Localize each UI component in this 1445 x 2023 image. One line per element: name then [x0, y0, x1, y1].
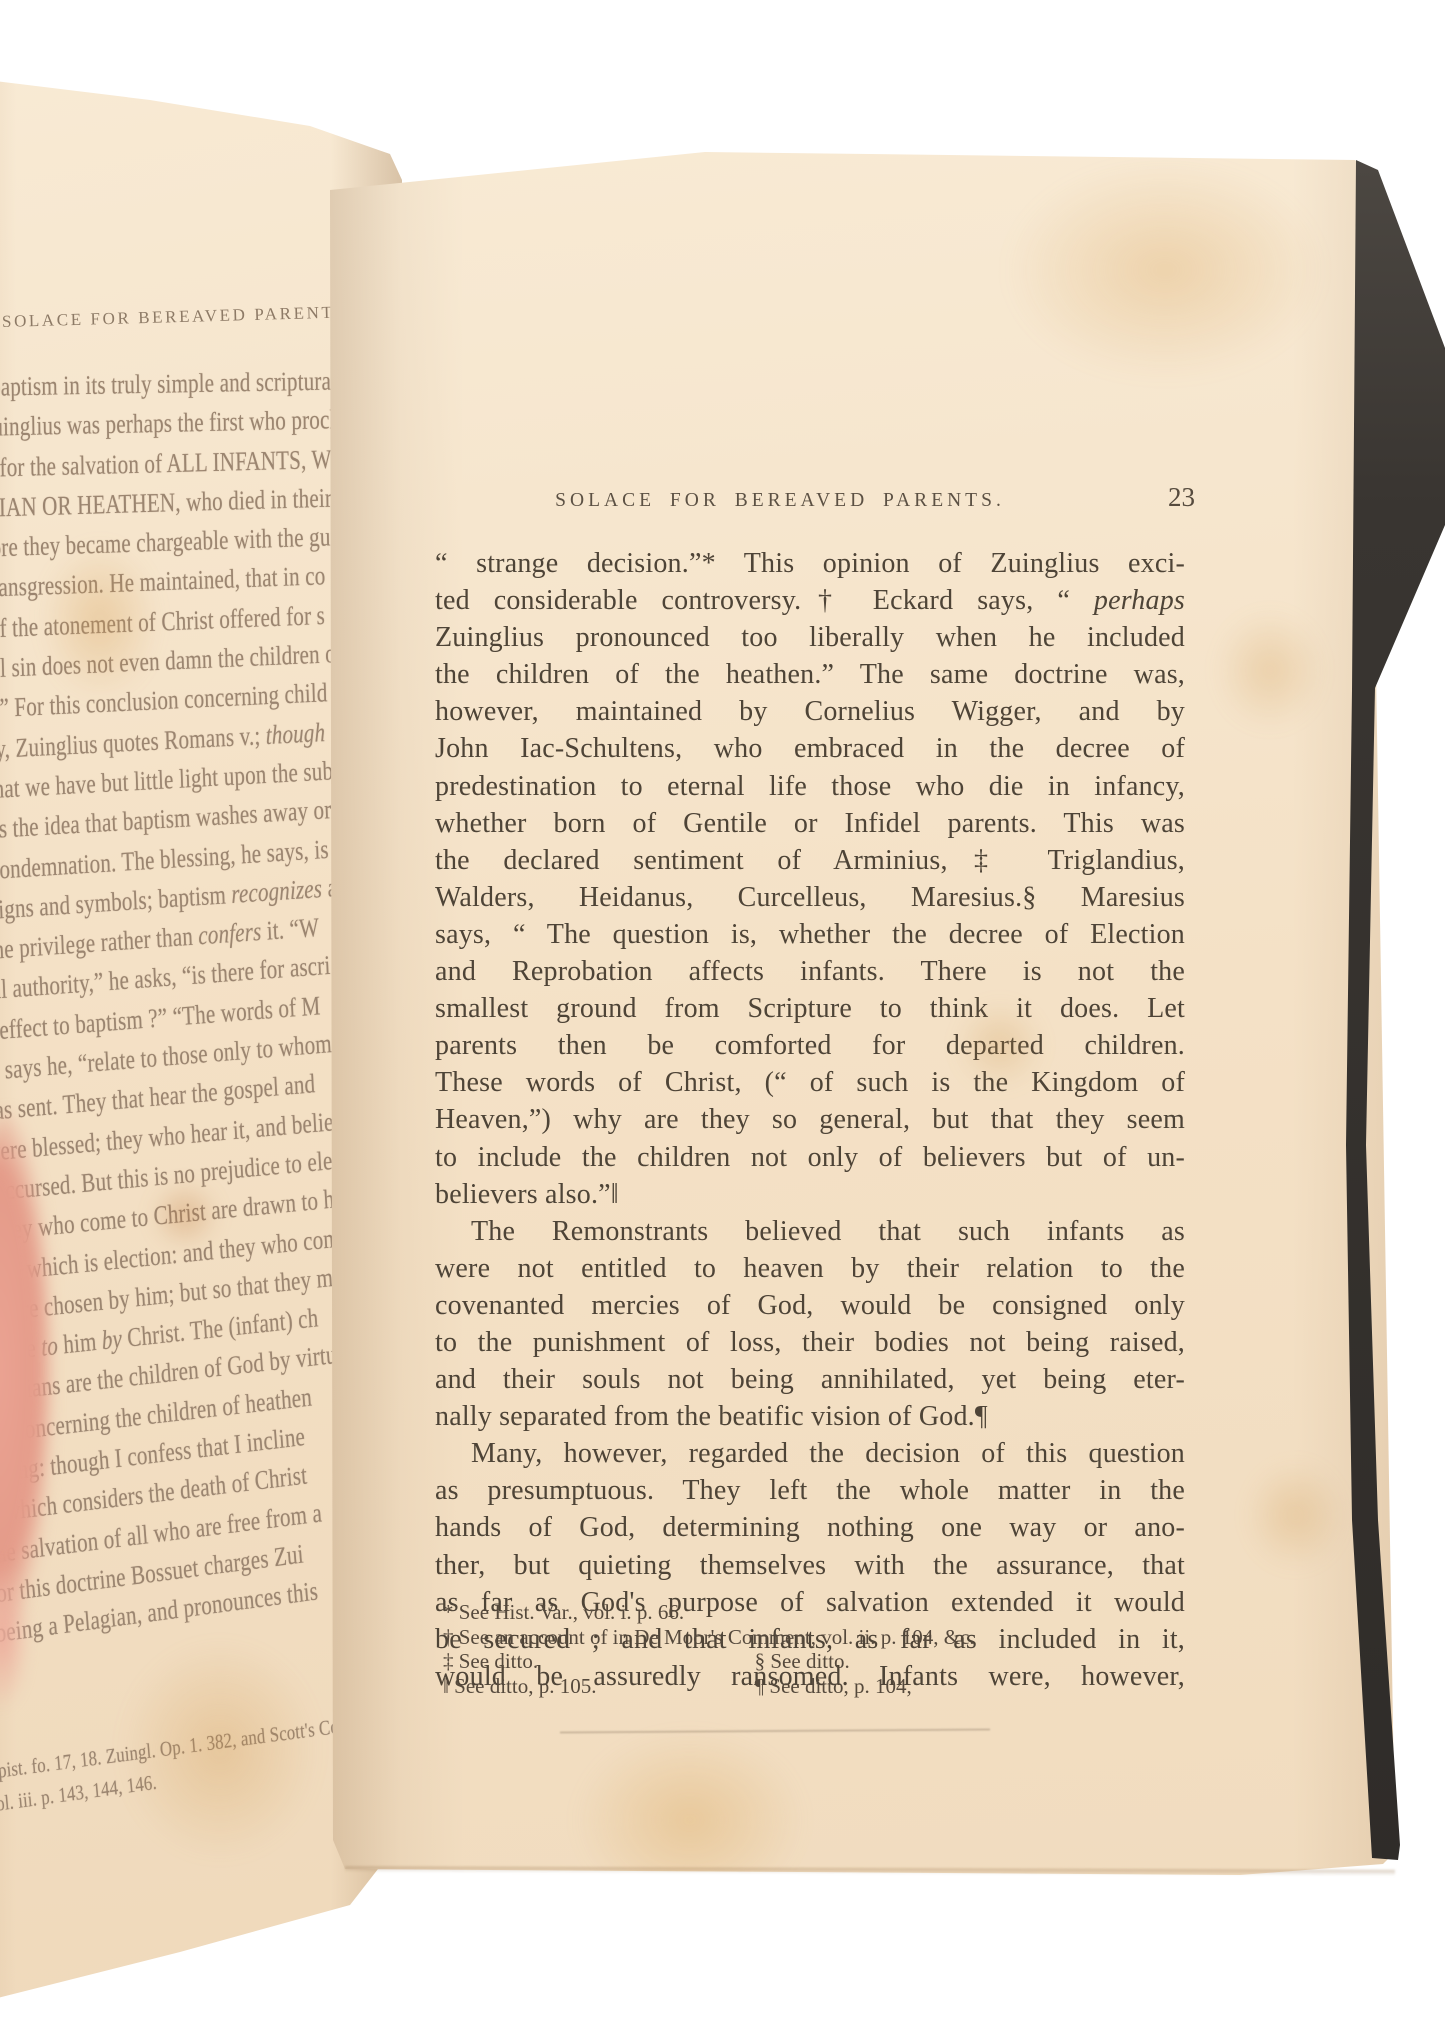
- stain-blotch: [575, 1730, 805, 1910]
- text-line: however, maintained by Cornelius Wigger,…: [435, 693, 1185, 730]
- paragraph: The Remonstrants believed that such infa…: [435, 1213, 1185, 1436]
- text-line: These words of Christ, (“ of such is the…: [435, 1064, 1185, 1101]
- footnotes: * See Hist. Var., vol. i. p. 66.† See an…: [443, 1600, 1185, 1698]
- text-line: to include the children not only of beli…: [435, 1139, 1185, 1176]
- text-line: The Remonstrants believed that such infa…: [435, 1213, 1185, 1250]
- text-line: nally separated from the beatific vision…: [435, 1398, 1185, 1435]
- stain-blotch: [955, 1000, 1045, 1090]
- text-line: whether born of Gentile or Infidel paren…: [435, 805, 1185, 842]
- text-line: predestination to eternal life those who…: [435, 768, 1185, 805]
- footnote-row: † See an account of in De Moor's Comment…: [443, 1625, 1185, 1650]
- text-line: smallest ground from Scripture to think …: [435, 990, 1185, 1027]
- text-line: and their souls not being annihilated, y…: [435, 1361, 1185, 1398]
- footnote-text: § See ditto.: [755, 1649, 850, 1674]
- footnote-text: ‡ See ditto.: [443, 1649, 538, 1673]
- stain-blotch: [120, 1640, 320, 1860]
- stain-blotch: [1215, 610, 1325, 730]
- page-number: 23: [1125, 482, 1195, 513]
- stain-blotch: [150, 1180, 220, 1250]
- text-line: Walders, Heidanus, Curcelleus, Maresius.…: [435, 879, 1185, 916]
- stain-blotch: [1245, 1460, 1345, 1570]
- text-line: John Iac-Schultens, who embraced in the …: [435, 730, 1185, 767]
- text-line: ted considerable controversy.† Eckard sa…: [435, 582, 1185, 619]
- text-line: Zuinglius pronounced too liberally when …: [435, 619, 1185, 656]
- text-line: and Reprobation affects infants. There i…: [435, 953, 1185, 990]
- text-line: covenanted mercies of God, would be cons…: [435, 1287, 1185, 1324]
- text-line: says, “ The question is, whether the dec…: [435, 916, 1185, 953]
- text-line: were not entitled to heaven by their rel…: [435, 1250, 1185, 1287]
- footnote-text: † See an account of in De Moor's Comment…: [443, 1625, 975, 1649]
- paragraph: “ strange decision.”* This opinion of Zu…: [435, 545, 1185, 1213]
- text-line: ther, but quieting themselves with the a…: [435, 1547, 1185, 1584]
- text-line: as presumptuous. They left the whole mat…: [435, 1472, 1185, 1509]
- footnote-text: ‖ See ditto, p. 105.: [443, 1674, 596, 1698]
- text-line: Many, however, regarded the decision of …: [435, 1435, 1185, 1472]
- text-line: the children of the heathen.” The same d…: [435, 656, 1185, 693]
- running-title: SOLACE FOR BEREAVED PARENTS.: [435, 490, 1125, 512]
- footnote-row: ‡ See ditto.§ See ditto.: [443, 1649, 1185, 1674]
- text-line: to the punishment of loss, their bodies …: [435, 1324, 1185, 1361]
- footnote-text: ¶ See ditto, p. 104,: [755, 1674, 912, 1699]
- text-line: hands of God, determining nothing one wa…: [435, 1509, 1185, 1546]
- footnote-row: * See Hist. Var., vol. i. p. 66.: [443, 1600, 1185, 1625]
- text-line: parents then be comforted for departed c…: [435, 1027, 1185, 1064]
- book-photo: SOLACE FOR BEREAVED PARENTS. d baptism i…: [0, 0, 1445, 2023]
- stain-blotch: [1005, 160, 1325, 380]
- text-line: Heaven,”) why are they so general, but t…: [435, 1101, 1185, 1138]
- footnote-row: ‖ See ditto, p. 105.¶ See ditto, p. 104,: [443, 1674, 1185, 1699]
- text-line: “ strange decision.”* This opinion of Zu…: [435, 545, 1185, 582]
- right-page: SOLACE FOR BEREAVED PARENTS. 23 “ strang…: [325, 140, 1400, 1880]
- page-header: SOLACE FOR BEREAVED PARENTS. 23: [435, 482, 1195, 513]
- left-running-title: SOLACE FOR BEREAVED PARENTS.: [2, 302, 354, 332]
- text-line: believers also.”‖: [435, 1176, 1185, 1213]
- page-body: “ strange decision.”* This opinion of Zu…: [435, 545, 1185, 1695]
- stain-blotch: [40, 540, 160, 700]
- text-line: the declared sentiment of Arminius,‡ Tri…: [435, 842, 1185, 879]
- footnote-text: * See Hist. Var., vol. i. p. 66.: [443, 1600, 684, 1624]
